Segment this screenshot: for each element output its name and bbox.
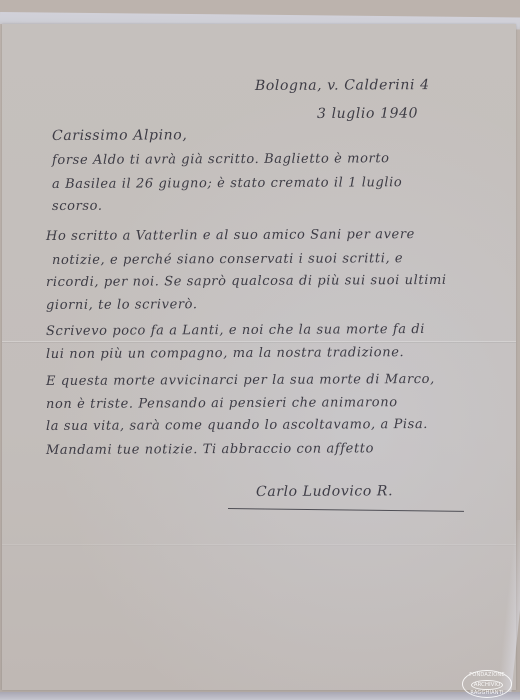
paragraph-1-line: scorso. <box>52 199 103 215</box>
paragraph-4-line: la sua vita, sarà come quando lo ascolta… <box>46 417 428 435</box>
paragraph-1-line: forse Aldo ti avrà già scritto. Bagliett… <box>52 151 390 169</box>
signature-underline <box>228 508 464 512</box>
paragraph-2-line: giorni, te lo scriverò. <box>46 297 198 314</box>
letter-salutation: Carissimo Alpino, <box>52 127 187 144</box>
paragraph-2-line: Ho scritto a Vatterlin e al suo amico Sa… <box>46 227 415 245</box>
paragraph-4-line: E questa morte avvicinarci per la sua mo… <box>46 372 435 390</box>
paragraph-3-line: lui non più un compagno, ma la nostra tr… <box>46 345 404 363</box>
signature: Carlo Ludovico R. <box>256 483 393 500</box>
letter-handwriting: Bologna, v. Calderini 4 3 luglio 1940 Ca… <box>0 0 520 700</box>
archive-stamp-watermark: FONDAZIONE ARCHIVIO RAGGHIANTI <box>462 670 512 698</box>
paragraph-3-line: Scrivevo poco fa a Lanti, e noi che la s… <box>46 322 425 340</box>
letter-date: 3 luglio 1940 <box>317 105 418 122</box>
letter-place-address: Bologna, v. Calderini 4 <box>255 77 430 94</box>
paragraph-1-line: a Basilea il 26 giugno; è stato cremato … <box>52 175 402 193</box>
closing-line: Mandami tue notizie. Ti abbraccio con af… <box>46 441 374 459</box>
paragraph-2-line: ricordi, per noi. Se saprò qualcosa di p… <box>46 273 447 291</box>
stamp-top-text: FONDAZIONE <box>463 672 511 678</box>
paragraph-4-line: non è triste. Pensando ai pensieri che a… <box>46 395 398 413</box>
stamp-bottom-text: RAGGHIANTI <box>463 690 511 696</box>
paragraph-2-line: notizie, e perché siano conservati i suo… <box>52 251 403 269</box>
stamp-middle-text: ARCHIVIO <box>471 680 503 690</box>
